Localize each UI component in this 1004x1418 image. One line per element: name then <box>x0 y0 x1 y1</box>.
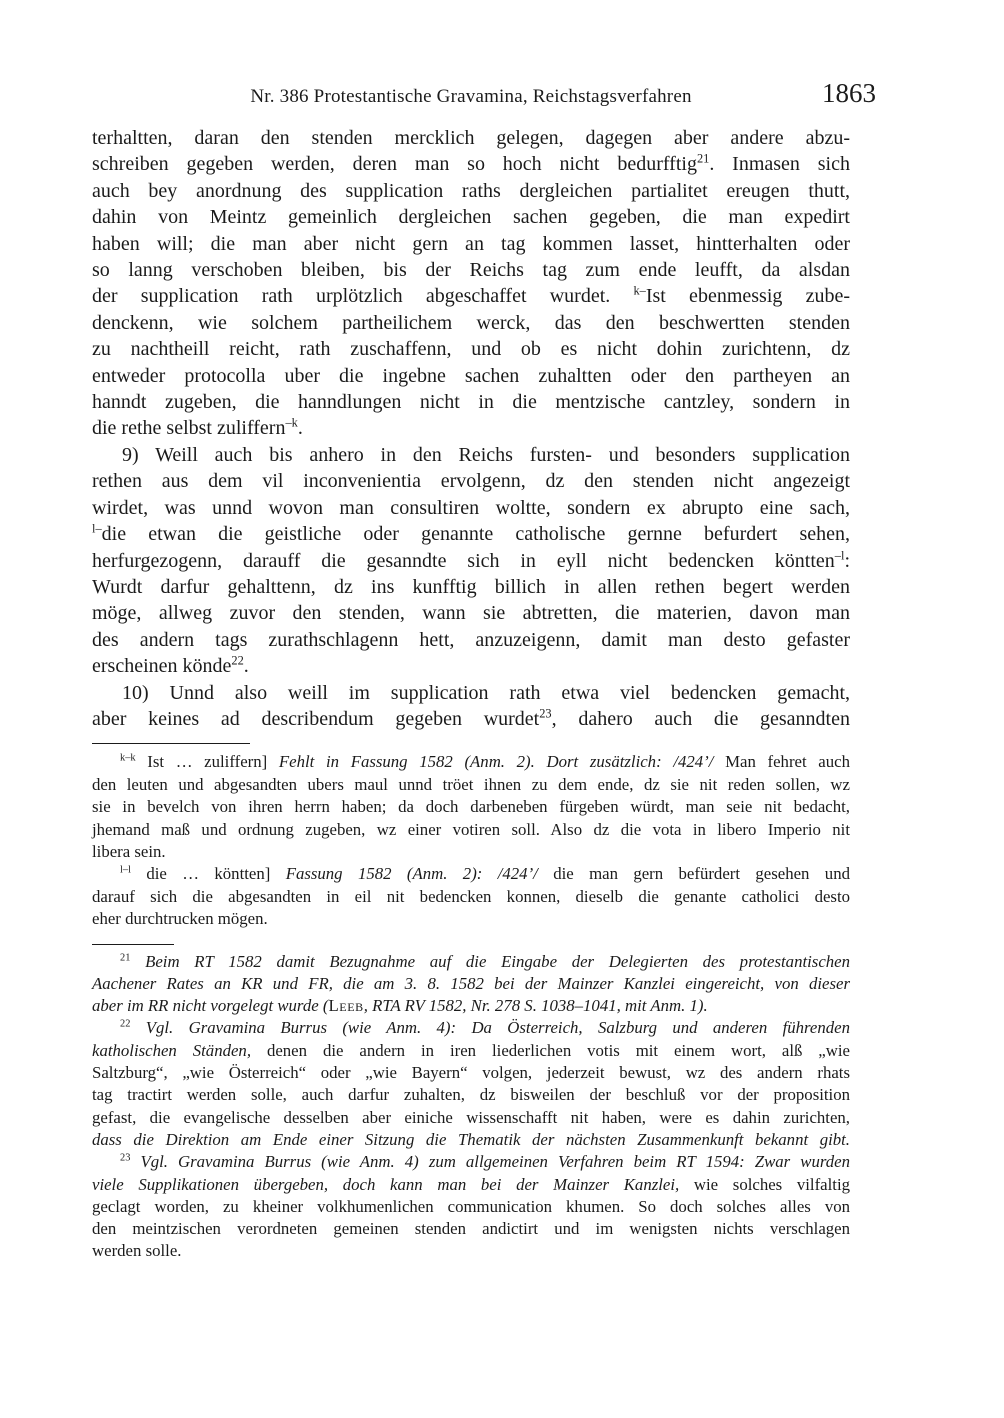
text-line: jhemand maß und ordnung zugeben, wz eine… <box>92 819 850 841</box>
footnote-marker: 22 <box>120 1019 130 1030</box>
text-line: die rethe selbst zuliffern–k. <box>92 415 850 441</box>
paragraph: 10) Unnd also weill im supplication rath… <box>92 680 850 733</box>
paragraph: 21 Beim RT 1582 damit Bezugnahme auf die… <box>92 951 850 1018</box>
variant-notes-separator-rule <box>92 743 250 744</box>
paragraph: k–k Ist … zuliffern] Fehlt in Fassung 15… <box>92 751 850 863</box>
text-line: denckenn, wie solchem partheilichem werc… <box>92 310 850 336</box>
text-segment: hanndt zugeben, die hanndlungen nicht in… <box>92 391 850 413</box>
text-segment: dass die Direktion am Ende einer Sitzung… <box>92 1130 850 1149</box>
text-segment: Man fehret auch <box>713 752 850 771</box>
text-line: wirdet, was unnd wovon man consultiren w… <box>92 495 850 521</box>
text-line: aber im RR nicht vorgelegt wurde (Leeb, … <box>92 995 850 1017</box>
text-line: herfurgezogenn, darauff die gesanndte si… <box>92 548 850 574</box>
text-segment: katholischen Ständen, <box>92 1041 251 1060</box>
text-line: zu nachtheill reicht, rath zuschaffenn, … <box>92 336 850 362</box>
text-segment: möge, allweg zuvor den stenden, wann sie… <box>92 602 850 624</box>
text-line: den leuten und abgesandten ubers maul un… <box>92 774 850 796</box>
text-line: aber keines ad describendum gegeben wurd… <box>92 706 850 732</box>
footnote-marker: l– <box>92 521 102 535</box>
text-segment: wirdet, was unnd wovon man consultiren w… <box>92 497 850 519</box>
text-line: haben will; die man aber nicht gern an t… <box>92 231 850 257</box>
paragraph: 9) Weill auch bis anhero in den Reichs f… <box>92 442 850 680</box>
footnote-marker: 23 <box>120 1153 130 1164</box>
text-segment: den meintzischen verordneten gemeinen st… <box>92 1219 850 1238</box>
text-line: Aachener Rates an KR und FR, die am 3. 8… <box>92 973 850 995</box>
text-segment: Ist ebenmessig zube- <box>646 285 850 307</box>
footnote-marker: k–k <box>120 753 136 764</box>
paragraph: 23 Vgl. Gravamina Burrus (wie Anm. 4) zu… <box>92 1151 850 1262</box>
text-segment: . Inmasen sich <box>709 153 850 175</box>
text-line: 23 Vgl. Gravamina Burrus (wie Anm. 4) zu… <box>92 1151 850 1173</box>
footnote-marker: 21 <box>697 152 709 166</box>
text-line: entweder protocolla uber die ingebne sac… <box>92 363 850 389</box>
text-segment: erscheinen könde <box>92 655 231 677</box>
footnote-marker: 22 <box>231 653 243 667</box>
text-segment: den leuten und abgesandten ubers maul un… <box>92 775 850 794</box>
text-segment: . <box>244 655 249 677</box>
text-segment: die … köntten] <box>131 864 286 883</box>
text-segment: aber keines ad describendum gegeben wurd… <box>92 708 539 730</box>
text-segment: 10) Unnd also weill im supplication rath… <box>122 682 850 704</box>
paragraph: terhaltten, daran den stenden mercklich … <box>92 125 850 442</box>
text-segment: , dahero auch die gesanndten <box>552 708 850 730</box>
text-segment: rethen aus dem vil inconvenientia ervolg… <box>92 470 850 492</box>
text-line: tag tractirt werden solle, auch darfur z… <box>92 1084 850 1106</box>
text-segment: : <box>844 550 850 572</box>
text-segment: entweder protocolla uber die ingebne sac… <box>92 365 850 387</box>
numbered-footnotes: 21 Beim RT 1582 damit Bezugnahme auf die… <box>92 951 850 1263</box>
text-segment: darauf sich die abgesandten in eil nit b… <box>92 887 850 906</box>
text-segment: die rethe selbst zuliffern <box>92 417 285 439</box>
text-segment: auch bey anordnung des supplication rath… <box>92 180 850 202</box>
text-line: erscheinen könde22. <box>92 653 850 679</box>
text-segment <box>130 1152 140 1171</box>
text-line: möge, allweg zuvor den stenden, wann sie… <box>92 600 850 626</box>
text-line: so lanng verschoben bleiben, bis der Rei… <box>92 257 850 283</box>
text-segment: Aachener Rates an KR und FR, die am 3. 8… <box>92 974 850 993</box>
text-line: darauf sich die abgesandten in eil nit b… <box>92 886 850 908</box>
book-page: Nr. 386 Protestantische Gravamina, Reich… <box>0 0 1004 1418</box>
text-block: Nr. 386 Protestantische Gravamina, Reich… <box>92 84 850 1263</box>
text-line: Wurdt darfur gehalttenn, dz ins kunfftig… <box>92 574 850 600</box>
text-segment: jhemand maß und ordnung zugeben, wz eine… <box>92 820 850 839</box>
text-line: Saltzburg“, „wie Österreich“ oder „wie B… <box>92 1062 850 1084</box>
footnote-marker: l–l <box>120 865 131 876</box>
page-header: Nr. 386 Protestantische Gravamina, Reich… <box>92 84 850 110</box>
text-segment: werden solle. <box>92 1241 181 1260</box>
text-segment: sie in bevelch von ihren herrn haben; da… <box>92 797 850 816</box>
text-segment: Leeb <box>328 996 363 1015</box>
paragraph: 22 Vgl. Gravamina Burrus (wie Anm. 4): D… <box>92 1017 850 1151</box>
main-text: terhaltten, daran den stenden mercklich … <box>92 125 850 732</box>
text-segment <box>130 1018 145 1037</box>
text-line: geclagt worden, zu kheiner volkhumenlich… <box>92 1196 850 1218</box>
text-line: k–k Ist … zuliffern] Fehlt in Fassung 15… <box>92 751 850 773</box>
text-segment: libera sein. <box>92 842 166 861</box>
text-segment: geclagt worden, zu kheiner volkhumenlich… <box>92 1197 850 1216</box>
text-segment: herfurgezogenn, darauff die gesanndte si… <box>92 550 835 572</box>
text-segment: des andern tags zurathschlagenn hett, an… <box>92 629 850 651</box>
text-line: der supplication rath urplötzlich abgesc… <box>92 283 850 309</box>
footnote-marker: –l <box>835 548 845 562</box>
text-line: dass die Direktion am Ende einer Sitzung… <box>92 1129 850 1151</box>
text-line: 21 Beim RT 1582 damit Bezugnahme auf die… <box>92 951 850 973</box>
text-line: viele Supplikationen übergeben, doch kan… <box>92 1174 850 1196</box>
text-segment: die etwan die geistliche oder genannte c… <box>102 523 850 545</box>
text-segment: haben will; die man aber nicht gern an t… <box>92 233 850 255</box>
text-line: des andern tags zurathschlagenn hett, an… <box>92 627 850 653</box>
text-segment: wie solches vilfaltig <box>679 1175 850 1194</box>
variant-notes: k–k Ist … zuliffern] Fehlt in Fassung 15… <box>92 751 850 930</box>
text-line: terhaltten, daran den stenden mercklich … <box>92 125 850 151</box>
text-line: rethen aus dem vil inconvenientia ervolg… <box>92 468 850 494</box>
text-segment: Vgl. Gravamina Burrus (wie Anm. 4): Da Ö… <box>146 1018 850 1037</box>
text-segment: schreiben gegeben werden, deren man so h… <box>92 153 697 175</box>
text-segment: Vgl. Gravamina Burrus (wie Anm. 4) zum a… <box>140 1152 850 1171</box>
text-segment: Fehlt in Fassung 1582 (Anm. 2). Dort zus… <box>279 752 714 771</box>
text-line: den meintzischen verordneten gemeinen st… <box>92 1218 850 1240</box>
text-segment: Beim RT 1582 damit Bezugnahme auf die Ei… <box>145 952 850 971</box>
page-number: 1863 <box>822 78 876 108</box>
footnote-marker: 23 <box>539 706 551 720</box>
text-segment: tag tractirt werden solle, auch darfur z… <box>92 1085 850 1104</box>
footnote-marker: 21 <box>120 952 130 963</box>
text-segment: die man gern befürdert gesehen und <box>538 864 850 883</box>
text-segment: Saltzburg“, „wie Österreich“ oder „wie B… <box>92 1063 850 1082</box>
text-segment: 9) Weill auch bis anhero in den Reichs f… <box>122 444 850 466</box>
text-segment: Fassung 1582 (Anm. 2): /424’/ <box>286 864 538 883</box>
text-segment: denckenn, wie solchem partheilichem werc… <box>92 312 850 334</box>
footnote-marker: –k <box>285 416 297 430</box>
text-segment: gefast, die evangelische desselben aber … <box>92 1108 850 1127</box>
text-segment: der supplication rath urplötzlich abgesc… <box>92 285 633 307</box>
text-segment: denen die andern in iren liederlichen vo… <box>251 1041 850 1060</box>
text-segment: . <box>298 417 303 439</box>
text-line: dahin von Meintz gemeinlich dergleichen … <box>92 204 850 230</box>
text-line: libera sein. <box>92 841 850 863</box>
text-segment: terhaltten, daran den stenden mercklich … <box>92 127 850 149</box>
text-line: hanndt zugeben, die hanndlungen nicht in… <box>92 389 850 415</box>
text-segment: dahin von Meintz gemeinlich dergleichen … <box>92 206 850 228</box>
text-segment: eher durchtrucken mögen. <box>92 909 268 928</box>
text-line: eher durchtrucken mögen. <box>92 908 850 930</box>
text-line: katholischen Ständen, denen die andern i… <box>92 1040 850 1062</box>
text-segment: Ist … zuliffern] <box>136 752 279 771</box>
text-segment: viele Supplikationen übergeben, doch kan… <box>92 1175 679 1194</box>
text-line: 9) Weill auch bis anhero in den Reichs f… <box>92 442 850 468</box>
text-line: l–l die … köntten] Fassung 1582 (Anm. 2)… <box>92 863 850 885</box>
text-line: werden solle. <box>92 1240 850 1262</box>
text-line: 22 Vgl. Gravamina Burrus (wie Anm. 4): D… <box>92 1017 850 1039</box>
text-line: schreiben gegeben werden, deren man so h… <box>92 151 850 177</box>
text-line: l–die etwan die geistliche oder genannte… <box>92 521 850 547</box>
text-line: auch bey anordnung des supplication rath… <box>92 178 850 204</box>
text-segment: Wurdt darfur gehalttenn, dz ins kunfftig… <box>92 576 850 598</box>
text-line: 10) Unnd also weill im supplication rath… <box>92 680 850 706</box>
text-segment: , RTA RV 1582, Nr. 278 S. 1038–1041, mit… <box>364 996 708 1015</box>
footnotes-separator-rule <box>92 944 174 945</box>
text-segment: zu nachtheill reicht, rath zuschaffenn, … <box>92 338 850 360</box>
running-head: Nr. 386 Protestantische Gravamina, Reich… <box>92 84 850 110</box>
text-segment <box>130 952 145 971</box>
text-segment: so lanng verschoben bleiben, bis der Rei… <box>92 259 850 281</box>
text-line: gefast, die evangelische desselben aber … <box>92 1107 850 1129</box>
text-segment: aber im RR nicht vorgelegt wurde ( <box>92 996 328 1015</box>
paragraph: l–l die … köntten] Fassung 1582 (Anm. 2)… <box>92 863 850 930</box>
footnote-marker: k– <box>633 284 645 298</box>
text-line: sie in bevelch von ihren herrn haben; da… <box>92 796 850 818</box>
